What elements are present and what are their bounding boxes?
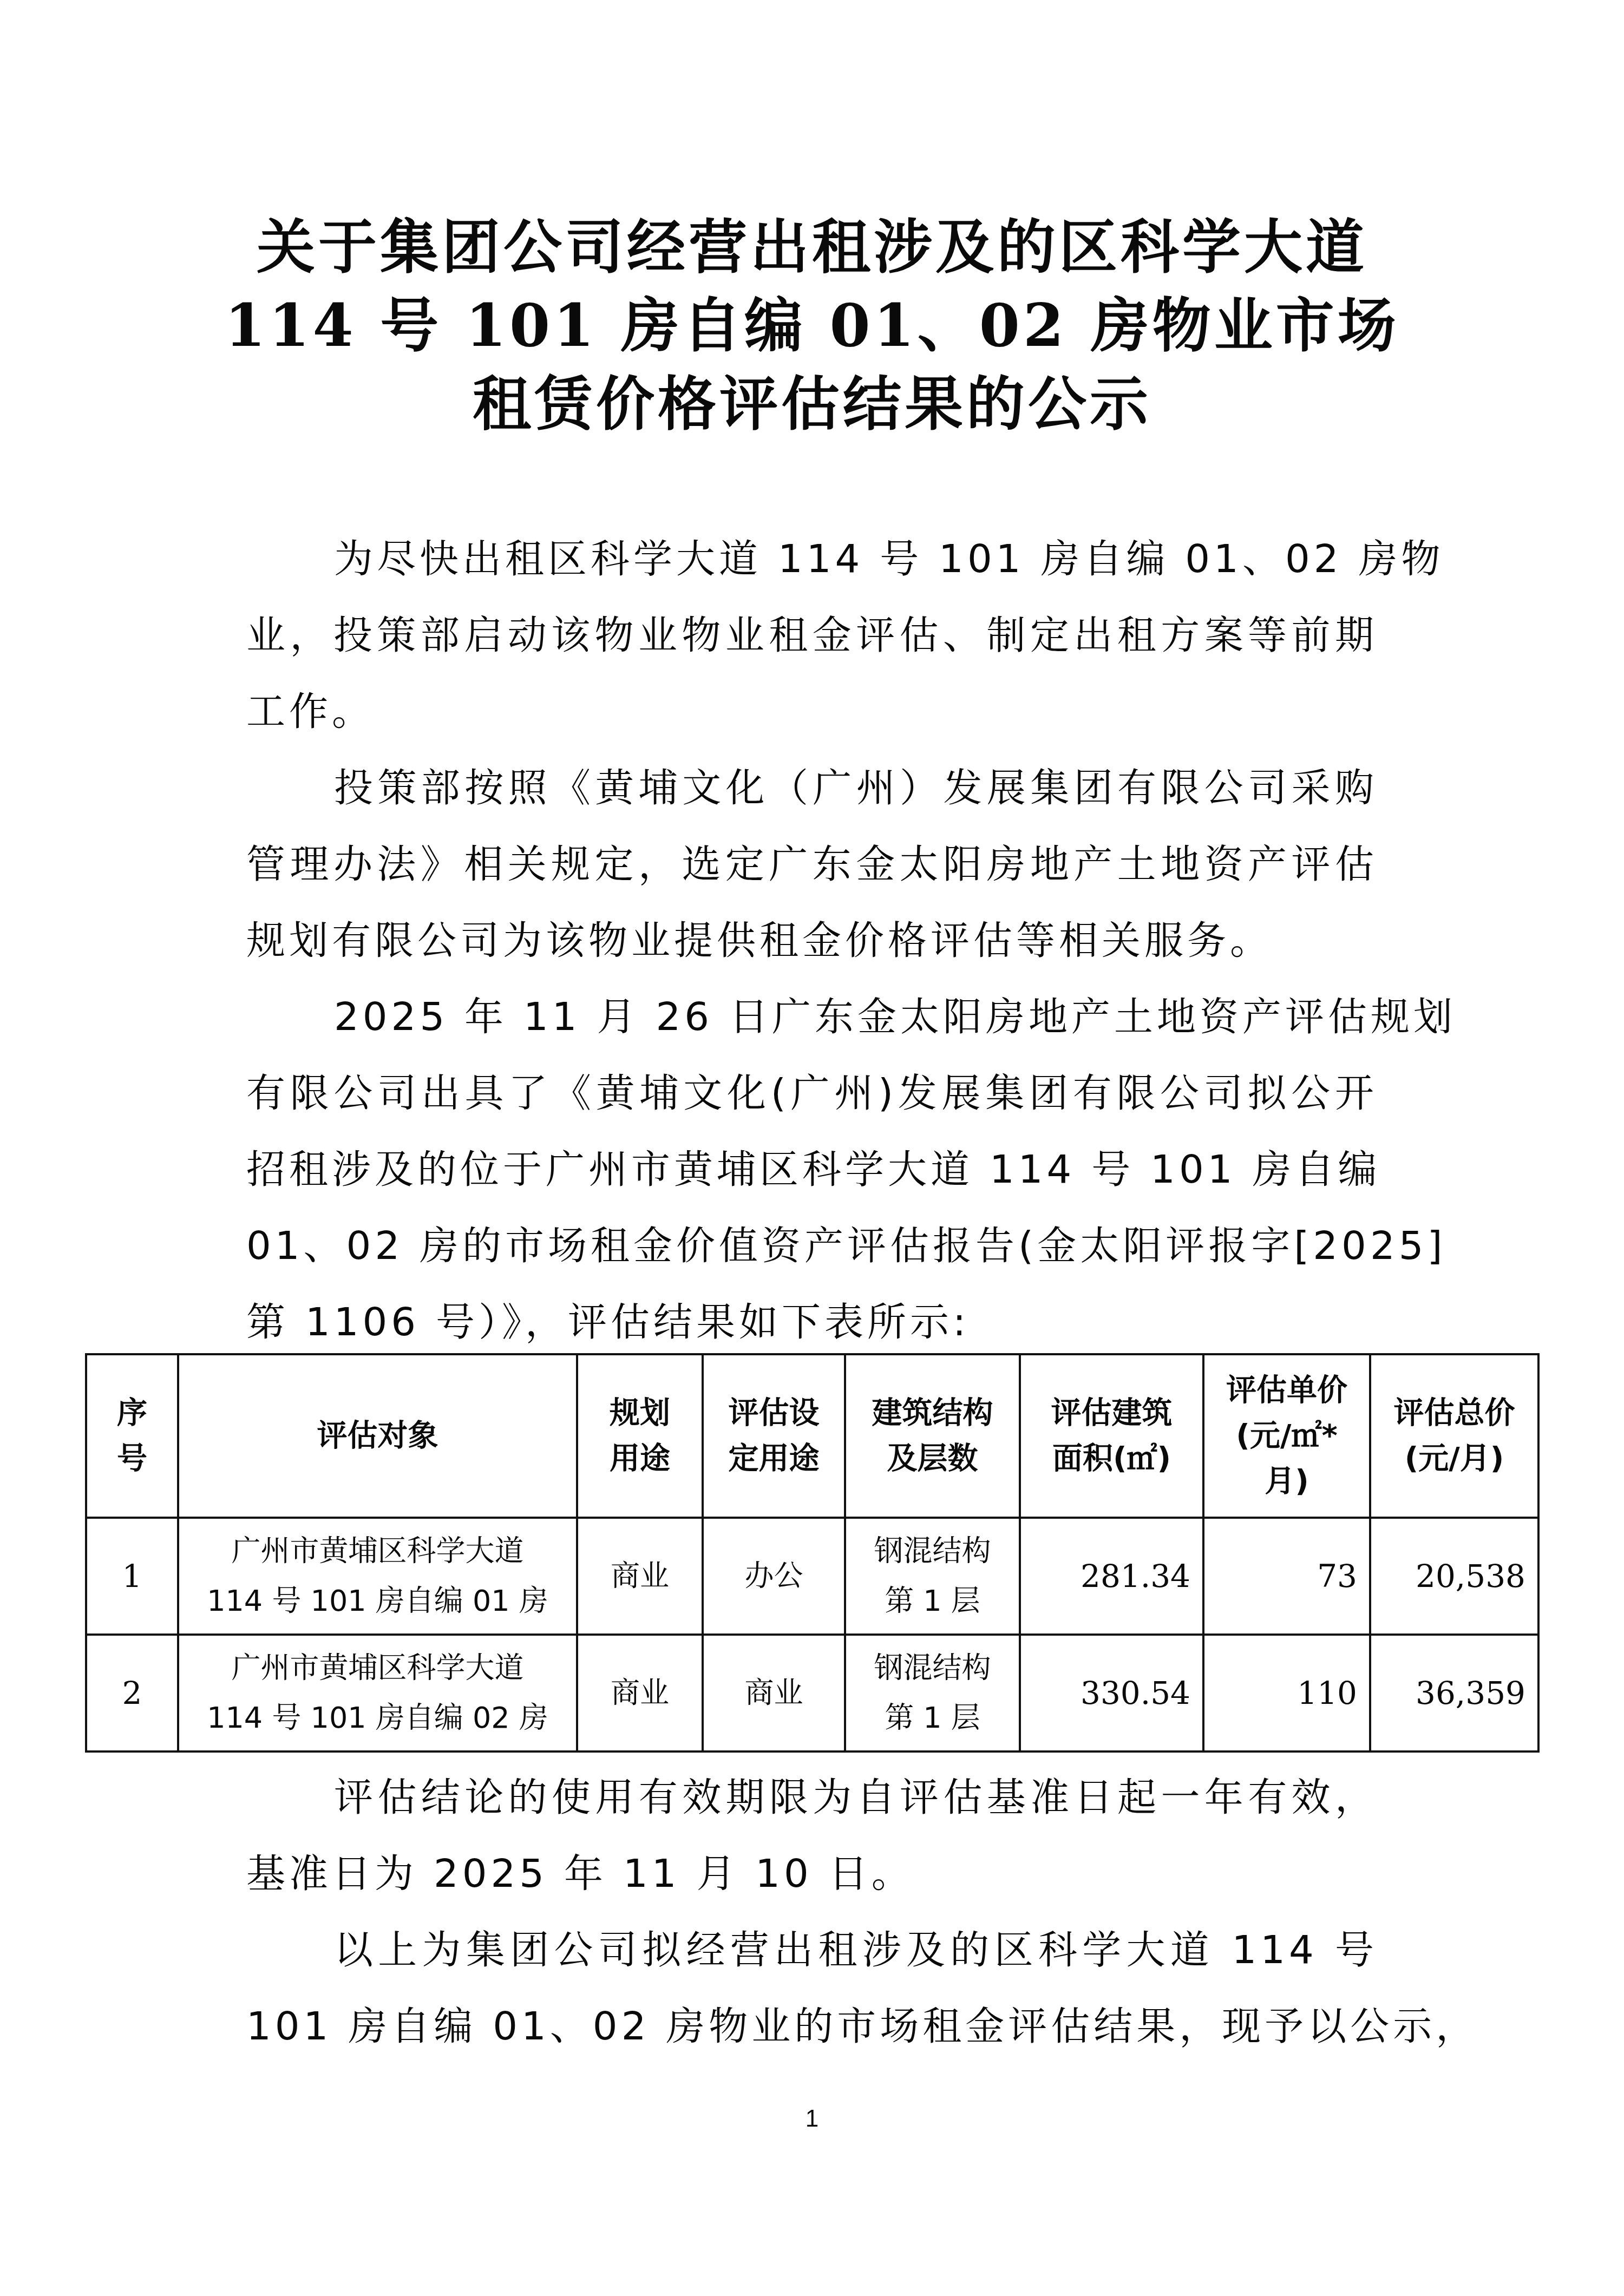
paragraph-3-line-1: 2025 年 11 月 26 日广东金太阳房地产土地资产评估规划 [334, 979, 1378, 1055]
cell-total-price: 36,359 [1370, 1635, 1538, 1751]
cell-index: 1 [86, 1518, 178, 1635]
paragraph-1-line-2: 业，投策部启动该物业物业租金评估、制定出租方案等前期 [246, 597, 1378, 673]
paragraph-4-line-2: 基准日为 2025 年 11 月 10 日。 [246, 1835, 1378, 1912]
cell-unit-price: 110 [1203, 1635, 1370, 1751]
paragraph-4-line-1: 评估结论的使用有效期限为自评估基准日起一年有效， [334, 1759, 1378, 1835]
header-total-price: 评估总价 (元/月) [1370, 1354, 1538, 1518]
cell-planned-use: 商业 [577, 1518, 703, 1635]
page-number: 1 [0, 2103, 1624, 2135]
header-structure: 建筑结构 及层数 [845, 1354, 1020, 1518]
document-title-line-3: 租赁价格评估结果的公示 [0, 365, 1624, 444]
document-title-line-2: 114 号 101 房自编 01、02 房物业市场 [0, 287, 1624, 365]
header-planned-use: 规划 用途 [577, 1354, 703, 1518]
document-page: 关于集团公司经营出租涉及的区科学大道 114 号 101 房自编 01、02 房… [0, 0, 1624, 2296]
cell-object: 广州市黄埔区科学大道 114 号 101 房自编 02 房 [178, 1635, 577, 1751]
table-row: 2 广州市黄埔区科学大道 114 号 101 房自编 02 房 商业 商业 钢混… [86, 1635, 1538, 1751]
header-assessed-use: 评估设 定用途 [703, 1354, 845, 1518]
paragraph-3-line-3: 招租涉及的位于广州市黄埔区科学大道 114 号 101 房自编 [246, 1131, 1378, 1208]
paragraph-3-line-2: 有限公司出具了《黄埔文化(广州)发展集团有限公司拟公开 [246, 1055, 1378, 1131]
paragraph-2-line-2: 管理办法》相关规定，选定广东金太阳房地产土地资产评估 [246, 826, 1378, 902]
cell-area: 330.54 [1020, 1635, 1203, 1751]
paragraph-3-line-4: 01、02 房的市场租金价值资产评估报告(金太阳评报字[2025] [246, 1208, 1378, 1284]
header-unit-price: 评估单价 (元/㎡* 月) [1203, 1354, 1370, 1518]
header-object: 评估对象 [178, 1354, 577, 1518]
paragraph-5-line-2: 101 房自编 01、02 房物业的市场租金评估结果，现予以公示， [246, 1988, 1378, 2064]
header-area: 评估建筑 面积(㎡) [1020, 1354, 1203, 1518]
cell-index: 2 [86, 1635, 178, 1751]
paragraph-1-line-1: 为尽快出租区科学大道 114 号 101 房自编 01、02 房物 [334, 521, 1378, 597]
cell-structure: 钢混结构 第 1 层 [845, 1518, 1020, 1635]
header-index: 序 号 [86, 1354, 178, 1518]
table-header-row: 序 号 评估对象 规划 用途 评估设 定用途 建筑结构 [86, 1354, 1538, 1518]
paragraph-5-line-1: 以上为集团公司拟经营出租涉及的区科学大道 114 号 [334, 1912, 1378, 1988]
cell-object: 广州市黄埔区科学大道 114 号 101 房自编 01 房 [178, 1518, 577, 1635]
cell-area: 281.34 [1020, 1518, 1203, 1635]
document-title-line-1: 关于集团公司经营出租涉及的区科学大道 [0, 208, 1624, 287]
cell-total-price: 20,538 [1370, 1518, 1538, 1635]
evaluation-results-table: 序 号 评估对象 规划 用途 评估设 定用途 建筑结构 [85, 1353, 1537, 1753]
cell-assessed-use: 商业 [703, 1635, 845, 1751]
cell-planned-use: 商业 [577, 1635, 703, 1751]
paragraph-1-line-3: 工作。 [246, 673, 1378, 750]
cell-unit-price: 73 [1203, 1518, 1370, 1635]
cell-structure: 钢混结构 第 1 层 [845, 1635, 1020, 1751]
cell-assessed-use: 办公 [703, 1518, 845, 1635]
paragraph-2-line-3: 规划有限公司为该物业提供租金价格评估等相关服务。 [246, 902, 1378, 979]
table-row: 1 广州市黄埔区科学大道 114 号 101 房自编 01 房 商业 办公 钢混… [86, 1518, 1538, 1635]
paragraph-3-line-5: 第 1106 号）》，评估结果如下表所示: [246, 1284, 1378, 1360]
paragraph-2-line-1: 投策部按照《黄埔文化（广州）发展集团有限公司采购 [334, 750, 1378, 826]
